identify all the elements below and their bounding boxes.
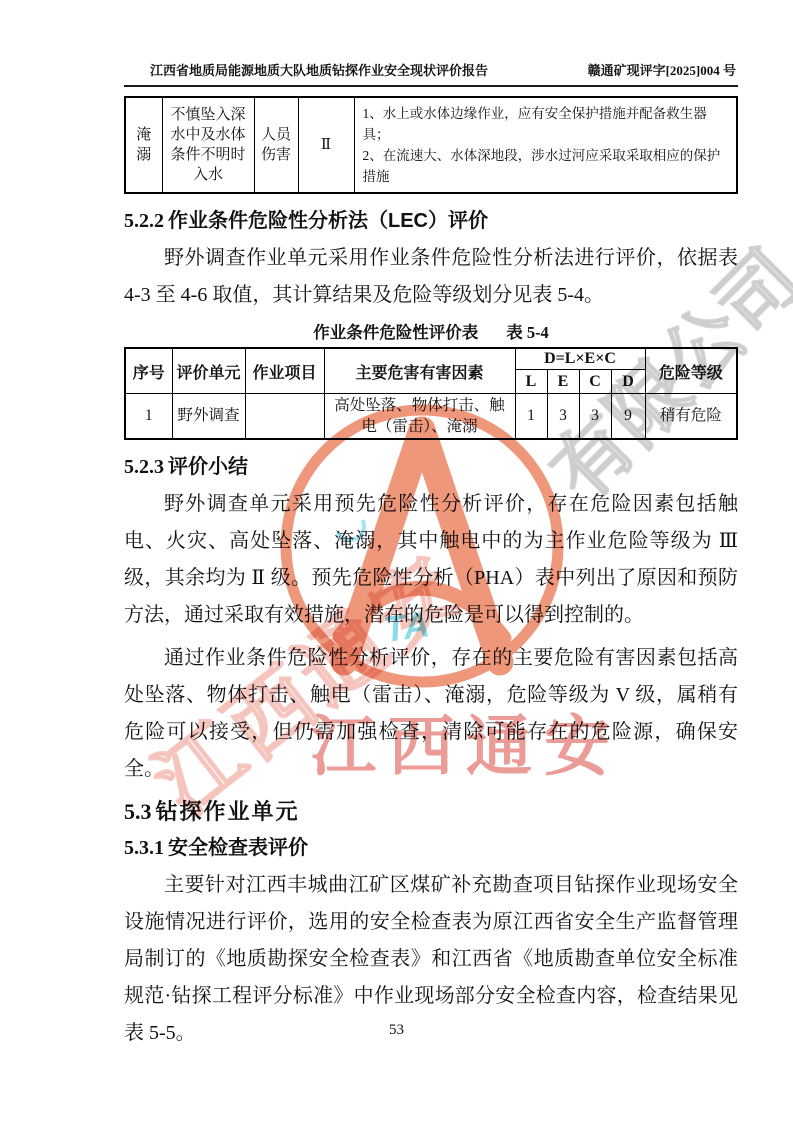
L-cell: 1: [515, 394, 547, 440]
section-number: 5.2.2: [124, 210, 164, 232]
col-header-seq: 序号: [125, 348, 172, 394]
col-header-C: C: [579, 370, 611, 394]
project-cell: [245, 394, 324, 440]
col-header-factors: 主要危害有害因素: [324, 348, 515, 394]
table54-caption: 作业条件危险性评价表表 5-4: [124, 322, 738, 344]
section-title: 安全检查表评价: [168, 837, 308, 859]
page-content: 江西省地质局能源地质大队地质钻探作业安全现状评价报告 赣通矿现评字[2025]0…: [124, 60, 738, 1052]
col-header-E: E: [547, 370, 579, 394]
section-number: 5.3.1: [124, 837, 164, 859]
page-number: 53: [0, 1022, 793, 1039]
page-header: 江西省地质局能源地质大队地质钻探作业安全现状评价报告 赣通矿现评字[2025]0…: [124, 60, 738, 87]
section-number: 5.2.3: [124, 456, 164, 478]
seq-cell: 1: [125, 394, 172, 440]
section-heading-531: 5.3.1安全检查表评价: [124, 835, 738, 861]
table54-caption-label: 表 5-4: [506, 323, 549, 342]
header-doc-number: 赣通矿现评字[2025]004 号: [588, 60, 736, 79]
unit-cell: 野外调查: [172, 394, 245, 440]
E-cell: 3: [547, 394, 579, 440]
table-row: 淹溺 不慎坠入深水中及水体条件不明时入水 人员伤害 Ⅱ 1、水上或水体边缘作业，…: [125, 97, 737, 193]
section-title: 评价小结: [168, 456, 248, 478]
D-cell: 9: [611, 394, 645, 440]
section-title: 钻探作业单元: [156, 799, 300, 824]
level-cell: Ⅱ: [298, 97, 354, 193]
consequence-cell: 人员伤害: [254, 97, 298, 193]
col-header-project: 作业项目: [245, 348, 324, 394]
paragraph-523-1: 野外调查单元采用预先危险性分析评价，存在危险因素包括触电、火灾、高处坠落、淹溺，…: [124, 486, 738, 634]
col-header-L: L: [515, 370, 547, 394]
col-header-level: 危险等级: [645, 348, 737, 394]
factors-cell: 高处坠落、物体打击、触电（雷击）、淹溺: [324, 394, 515, 440]
table54-data-row: 1 野外调查 高处坠落、物体打击、触电（雷击）、淹溺 1 3 3 9 稍有危险: [125, 394, 737, 440]
paragraph-523-2: 通过作业条件危险性分析评价，存在的主要危险有害因素包括高处坠落、物体打击、触电（…: [124, 640, 738, 788]
table54-header-row-1: 序号 评价单元 作业项目 主要危害有害因素 D=L×E×C 危险等级: [125, 348, 737, 370]
report-page: 江西省地质局能源地质大队地质钻探作业安全现状评价报告 赣通矿现评字[2025]0…: [0, 0, 793, 1122]
C-cell: 3: [579, 394, 611, 440]
section-number: 5.3: [124, 799, 152, 824]
col-header-unit: 评价单元: [172, 348, 245, 394]
hazard-cell: 淹溺: [125, 97, 162, 193]
section-title: 作业条件危险性分析法（LEC）评价: [168, 210, 488, 232]
cause-cell: 不慎坠入深水中及水体条件不明时入水: [162, 97, 254, 193]
lec-evaluation-table: 序号 评价单元 作业项目 主要危害有害因素 D=L×E×C 危险等级 L E C…: [124, 347, 738, 440]
col-header-formula: D=L×E×C: [515, 348, 645, 370]
carryover-hazard-table: 淹溺 不慎坠入深水中及水体条件不明时入水 人员伤害 Ⅱ 1、水上或水体边缘作业，…: [124, 96, 738, 194]
level-result-cell: 稍有危险: [645, 394, 737, 440]
section-heading-523: 5.2.3评价小结: [124, 454, 738, 480]
header-report-title: 江西省地质局能源地质大队地质钻探作业安全现状评价报告: [150, 60, 488, 79]
col-header-D: D: [611, 370, 645, 394]
section-heading-53: 5.3钻探作业单元: [124, 798, 738, 826]
section-heading-522: 5.2.2作业条件危险性分析法（LEC）评价: [124, 208, 738, 234]
measures-cell: 1、水上或水体边缘作业，应有安全保护措施并配备救生器具； 2、在流速大、水体深地…: [354, 97, 737, 193]
paragraph-522: 野外调查作业单元采用作业条件危险性分析法进行评价，依据表 4-3 至 4-6 取…: [124, 240, 738, 314]
table54-caption-main: 作业条件危险性评价表: [313, 323, 478, 342]
